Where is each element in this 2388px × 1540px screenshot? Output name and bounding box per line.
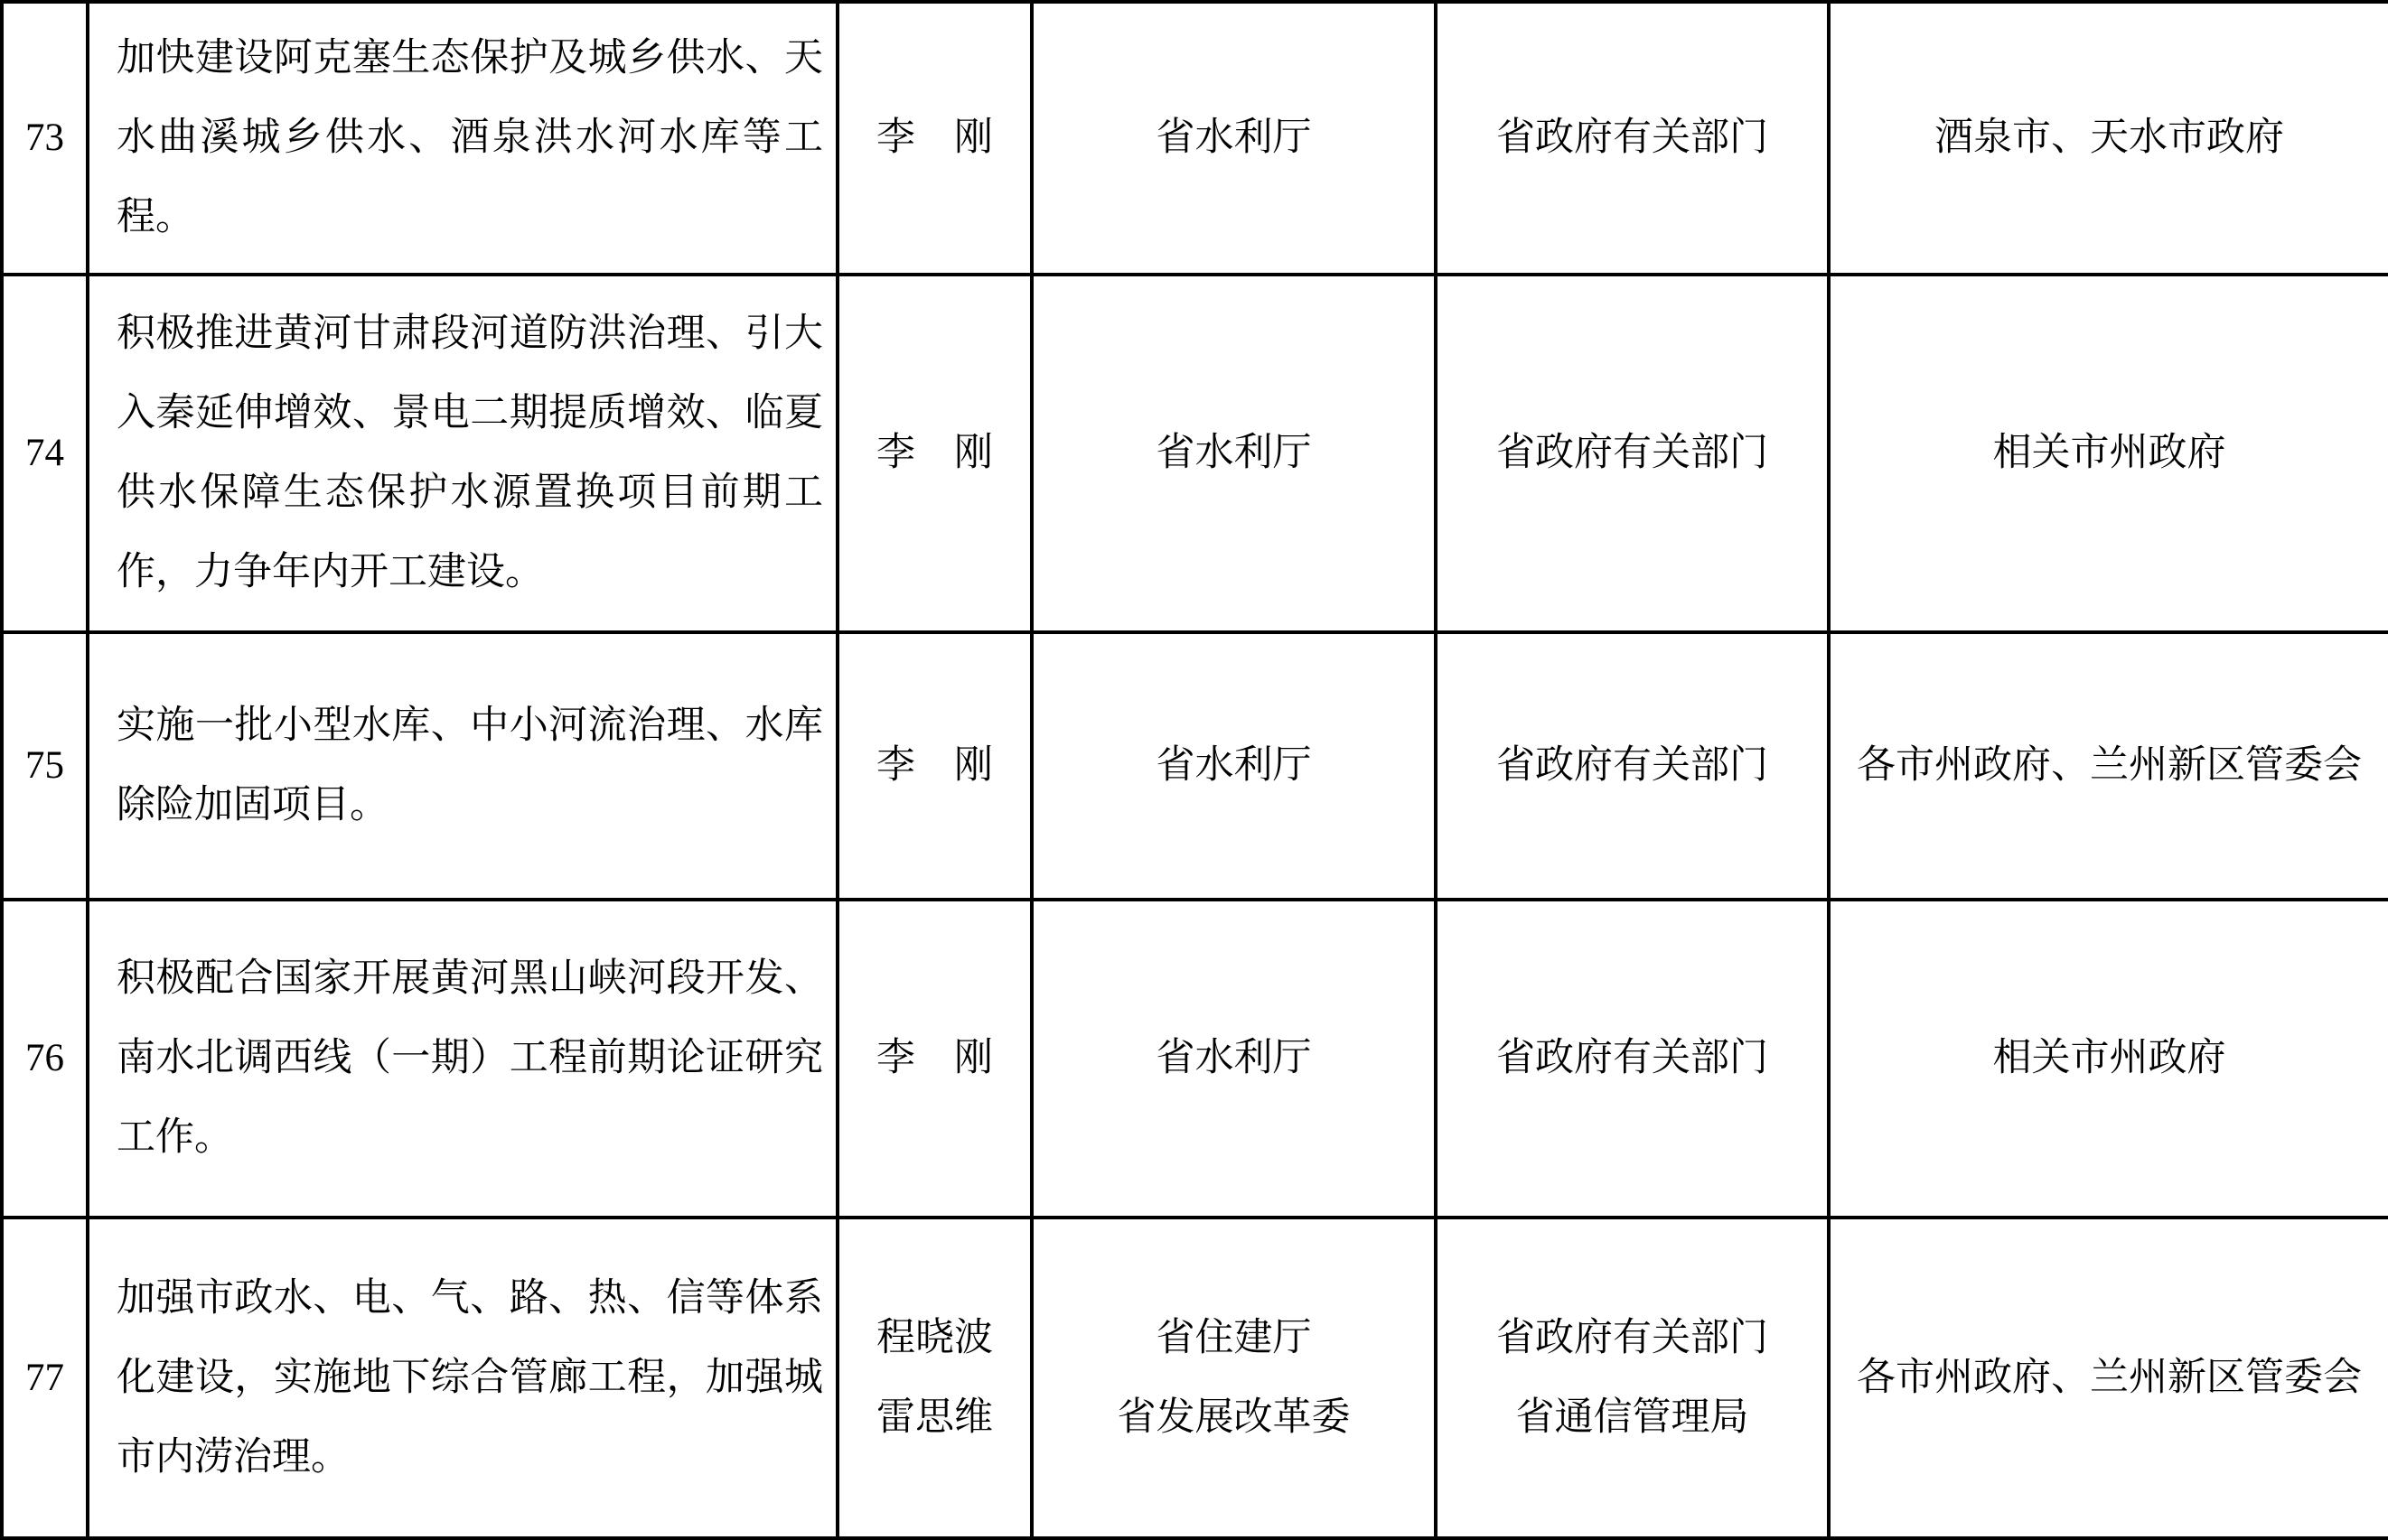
task-description-cell: 积极推进黄河甘肃段河道防洪治理、引大入秦延伸增效、景电二期提质增效、临夏供水保障…: [88, 275, 838, 632]
table-row: 77 加强市政水、电、气、路、热、信等体系化建设，实施地下综合管廊工程，加强城市…: [2, 1218, 2388, 1538]
lead-unit-cell: 省水利厅: [1032, 275, 1436, 632]
lead-unit-cell: 省水利厅: [1032, 900, 1436, 1218]
leader-cell: 程晓波 雷思维: [838, 1218, 1032, 1538]
coop-unit-cell: 省政府有关部门: [1436, 900, 1829, 1218]
table-row: 75 实施一批小型水库、中小河流治理、水库除险加固项目。 李 刚 省水利厅 省政…: [2, 632, 2388, 900]
table-row: 74 积极推进黄河甘肃段河道防洪治理、引大入秦延伸增效、景电二期提质增效、临夏供…: [2, 275, 2388, 632]
leader-cell: 李 刚: [838, 632, 1032, 900]
lead-unit-cell: 省水利厅: [1032, 2, 1436, 275]
coop-unit-cell: 省政府有关部门: [1436, 632, 1829, 900]
task-description-cell: 加快建设阿克塞生态保护及城乡供水、天水曲溪城乡供水、酒泉洪水河水库等工程。: [88, 2, 838, 275]
local-gov-cell: 酒泉市、天水市政府: [1829, 2, 2388, 275]
local-gov-cell: 各市州政府、兰州新区管委会: [1829, 632, 2388, 900]
leader-cell: 李 刚: [838, 2, 1032, 275]
row-number-cell: 75: [2, 632, 88, 900]
task-assignment-table: 73 加快建设阿克塞生态保护及城乡供水、天水曲溪城乡供水、酒泉洪水河水库等工程。…: [0, 0, 2388, 1540]
lead-unit-cell: 省水利厅: [1032, 632, 1436, 900]
row-number-cell: 77: [2, 1218, 88, 1538]
row-number-cell: 73: [2, 2, 88, 275]
row-number-cell: 74: [2, 275, 88, 632]
task-description-cell: 实施一批小型水库、中小河流治理、水库除险加固项目。: [88, 632, 838, 900]
coop-unit-cell: 省政府有关部门: [1436, 275, 1829, 632]
lead-unit-cell: 省住建厅 省发展改革委: [1032, 1218, 1436, 1538]
local-gov-cell: 相关市州政府: [1829, 275, 2388, 632]
local-gov-cell: 各市州政府、兰州新区管委会: [1829, 1218, 2388, 1538]
leader-cell: 李 刚: [838, 275, 1032, 632]
coop-unit-cell: 省政府有关部门 省通信管理局: [1436, 1218, 1829, 1538]
coop-unit-cell: 省政府有关部门: [1436, 2, 1829, 275]
table-row: 73 加快建设阿克塞生态保护及城乡供水、天水曲溪城乡供水、酒泉洪水河水库等工程。…: [2, 2, 2388, 275]
table-row: 76 积极配合国家开展黄河黑山峡河段开发、南水北调西线（一期）工程前期论证研究工…: [2, 900, 2388, 1218]
row-number-cell: 76: [2, 900, 88, 1218]
task-description-cell: 加强市政水、电、气、路、热、信等体系化建设，实施地下综合管廊工程，加强城市内涝治…: [88, 1218, 838, 1538]
leader-cell: 李 刚: [838, 900, 1032, 1218]
task-description-cell: 积极配合国家开展黄河黑山峡河段开发、南水北调西线（一期）工程前期论证研究工作。: [88, 900, 838, 1218]
local-gov-cell: 相关市州政府: [1829, 900, 2388, 1218]
